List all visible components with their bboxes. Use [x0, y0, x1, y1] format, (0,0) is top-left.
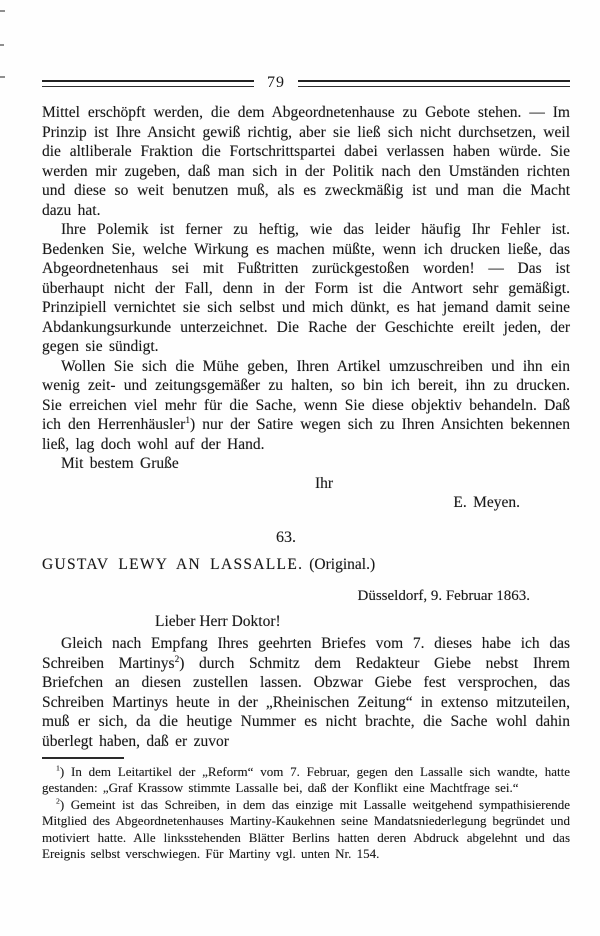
header-rule-left: [42, 80, 254, 87]
footnote-2: 2) Gemeint ist das Schreiben, in dem das…: [42, 797, 570, 863]
letter-number: 63.: [42, 528, 570, 547]
signature-name: E. Meyen.: [42, 493, 570, 513]
header-rule-right: [298, 80, 570, 87]
letter-heading-title: GUSTAV LEWY AN LASSALLE.: [42, 556, 303, 573]
book-page-scan: 79 Mittel erschöpft werden, die dem Abge…: [0, 0, 600, 936]
letter-heading: GUSTAV LEWY AN LASSALLE.(Original.): [42, 555, 570, 575]
page-content: 79 Mittel erschöpft werden, die dem Abge…: [42, 76, 570, 862]
scan-artifact: [0, 44, 4, 46]
paragraph-wollen: Wollen Sie sich die Mühe geben, Ihren Ar…: [42, 357, 570, 455]
letter-body-paragraph: Gleich nach Empfang Ihres geehrten Brief…: [42, 634, 570, 751]
closing-line: Mit bestem Gruße: [42, 454, 570, 474]
scan-artifact: [0, 76, 5, 78]
footnote-1-text: ) In dem Leitartikel der „Reform“ vom 7.…: [42, 764, 570, 795]
footnote-divider: [42, 757, 124, 759]
scan-artifact: [0, 10, 5, 12]
signature-pronoun: Ihr: [42, 474, 570, 494]
salutation: Lieber Herr Doktor!: [42, 612, 570, 632]
footnote-2-text: ) Gemeint ist das Schreiben, in dem das …: [42, 797, 570, 861]
paragraph-continuation: Mittel erschöpft werden, die dem Abgeord…: [42, 103, 570, 220]
dateline: Düsseldorf, 9. Februar 1863.: [42, 587, 570, 606]
letter-heading-note: (Original.): [309, 556, 375, 573]
paragraph-polemik: Ihre Polemik ist ferner zu heftig, wie d…: [42, 220, 570, 357]
running-head: 79: [42, 76, 570, 90]
footnote-1: 1) In dem Leitartikel der „Reform“ vom 7…: [42, 764, 570, 797]
page-number: 79: [267, 76, 285, 90]
